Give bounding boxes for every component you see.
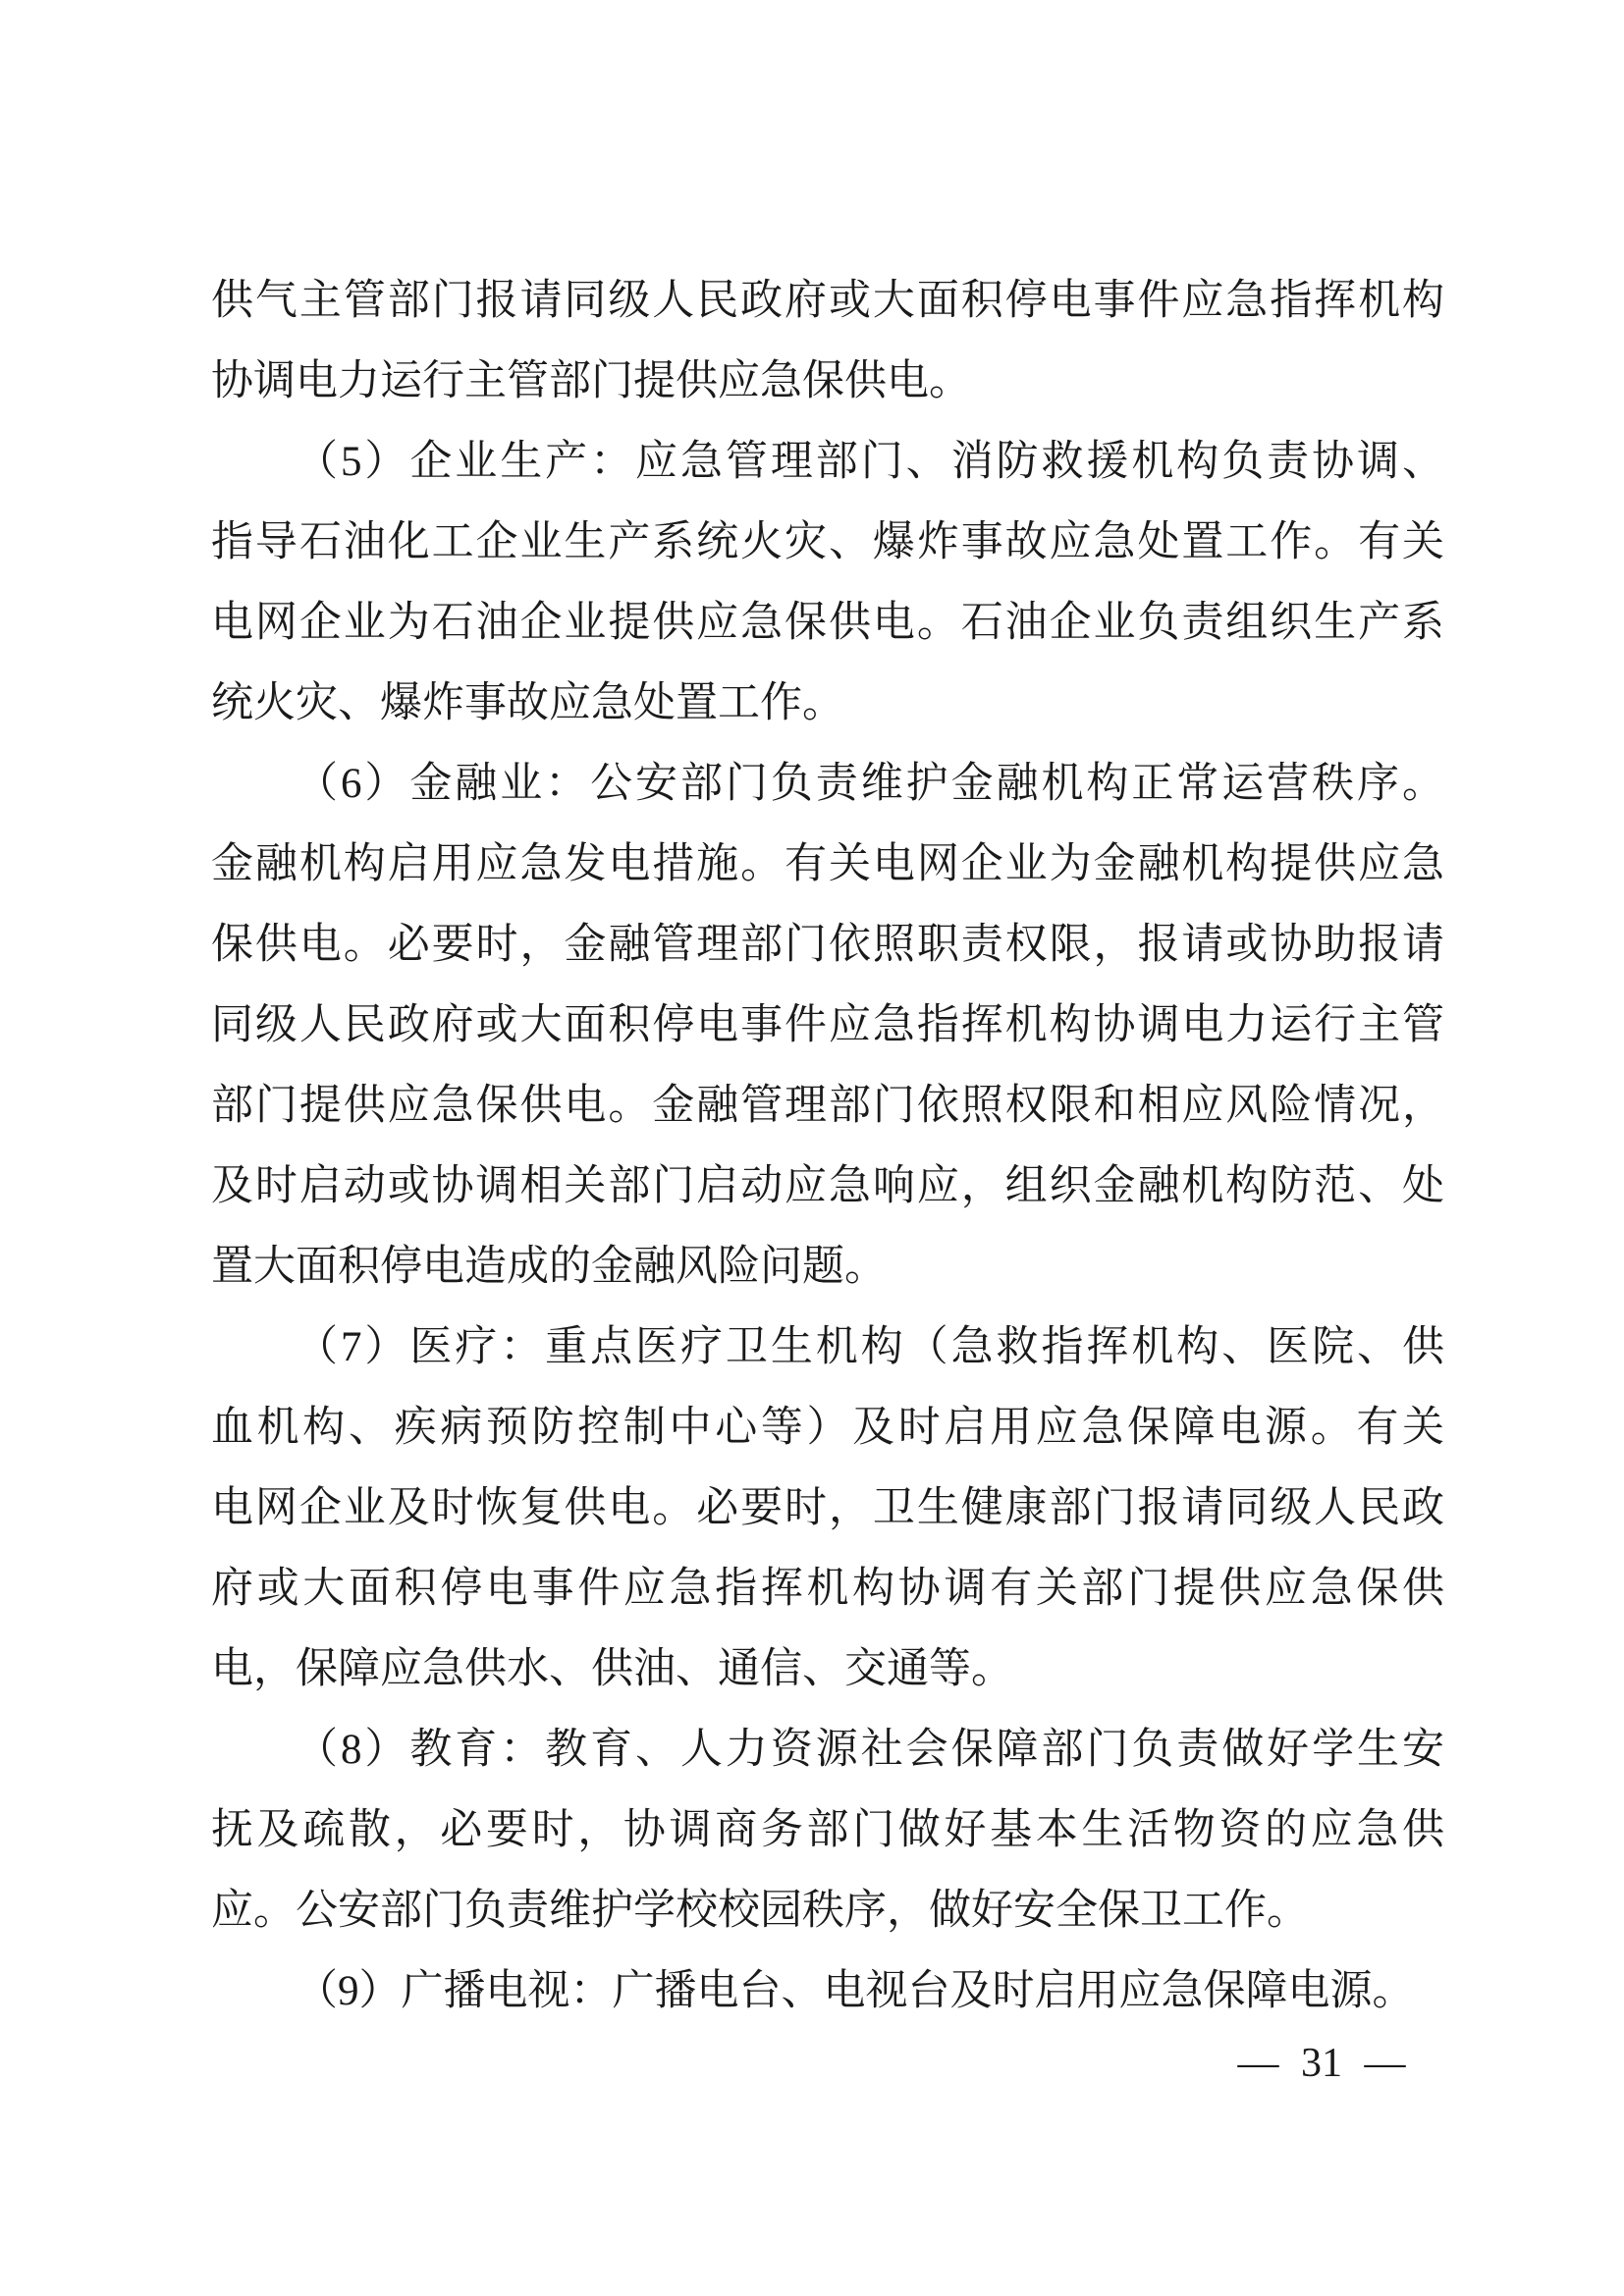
text-line: 及时启动或协调相关部门启动应急响应，组织金融机构防范、处 bbox=[211, 1147, 1444, 1227]
text-line: （6）金融业：公安部门负责维护金融机构正常运营秩序。 bbox=[211, 744, 1444, 825]
text-line: （5）企业生产：应急管理部门、消防救援机构负责协调、 bbox=[211, 422, 1444, 503]
text-line: （9）广播电视：广播电台、电视台及时启用应急保障电源。 bbox=[211, 1951, 1444, 2032]
text-line: 协调电力运行主管部门提供应急保供电。 bbox=[211, 342, 1444, 422]
document-page: 供气主管部门报请同级人民政府或大面积停电事件应急指挥机构协调电力运行主管部门提供… bbox=[0, 0, 1624, 2296]
text-line: 供气主管部门报请同级人民政府或大面积停电事件应急指挥机构 bbox=[211, 261, 1444, 342]
text-line: 指导石油化工企业生产系统火灾、爆炸事故应急处置工作。有关 bbox=[211, 503, 1444, 583]
text-line: 抚及疏散，必要时，协调商务部门做好基本生活物资的应急供 bbox=[211, 1790, 1444, 1871]
text-line: 部门提供应急保供电。金融管理部门依照权限和相应风险情况， bbox=[211, 1066, 1444, 1147]
text-line: 电，保障应急供水、供油、通信、交通等。 bbox=[211, 1629, 1444, 1710]
text-line: 金融机构启用应急发电措施。有关电网企业为金融机构提供应急 bbox=[211, 825, 1444, 905]
text-line: 同级人民政府或大面积停电事件应急指挥机构协调电力运行主管 bbox=[211, 986, 1444, 1066]
text-line: 保供电。必要时，金融管理部门依照职责权限，报请或协助报请 bbox=[211, 905, 1444, 986]
page-number: — 31 — bbox=[1233, 2034, 1410, 2093]
text-line: 府或大面积停电事件应急指挥机构协调有关部门提供应急保供 bbox=[211, 1549, 1444, 1629]
text-line: 统火灾、爆炸事故应急处置工作。 bbox=[211, 664, 1444, 744]
text-line: 血机构、疾病预防控制中心等）及时启用应急保障电源。有关 bbox=[211, 1388, 1444, 1468]
text-line: （8）教育：教育、人力资源社会保障部门负责做好学生安 bbox=[211, 1710, 1444, 1790]
document-body: 供气主管部门报请同级人民政府或大面积停电事件应急指挥机构协调电力运行主管部门提供… bbox=[211, 261, 1444, 2032]
text-line: 电网企业为石油企业提供应急保供电。石油企业负责组织生产系 bbox=[211, 583, 1444, 664]
text-line: 置大面积停电造成的金融风险问题。 bbox=[211, 1227, 1444, 1308]
text-line: （7）医疗：重点医疗卫生机构（急救指挥机构、医院、供 bbox=[211, 1308, 1444, 1388]
text-line: 应。公安部门负责维护学校校园秩序，做好安全保卫工作。 bbox=[211, 1871, 1444, 1951]
text-line: 电网企业及时恢复供电。必要时，卫生健康部门报请同级人民政 bbox=[211, 1468, 1444, 1549]
